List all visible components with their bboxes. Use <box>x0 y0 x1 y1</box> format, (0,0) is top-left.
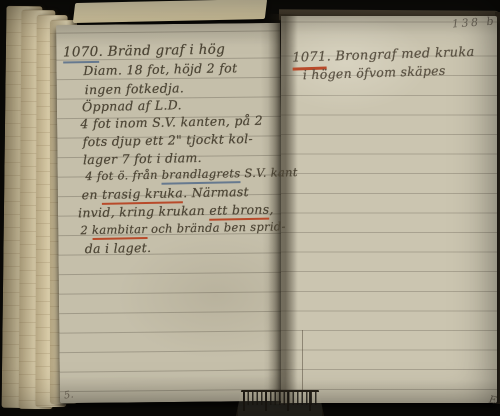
scale-frame <box>236 390 324 416</box>
notebook-photo: 1070. Bränd graf i hög Diam. 18 fot, höj… <box>0 0 500 416</box>
measuring-scale <box>236 390 324 416</box>
handwriting-line: 1071. Brongraf med kruka <box>292 45 475 66</box>
right-page-entry: 1071. Brongraf med kruka i högen öfvom s… <box>0 0 500 416</box>
handwriting-line: i högen öfvom skäpes <box>303 63 446 82</box>
handwriting-text: . Brongraf med kruka <box>326 45 474 65</box>
handwriting-text: i högen öfvom skäpes <box>303 63 446 82</box>
pencil-mark-bottom-left: 5. <box>63 389 74 401</box>
